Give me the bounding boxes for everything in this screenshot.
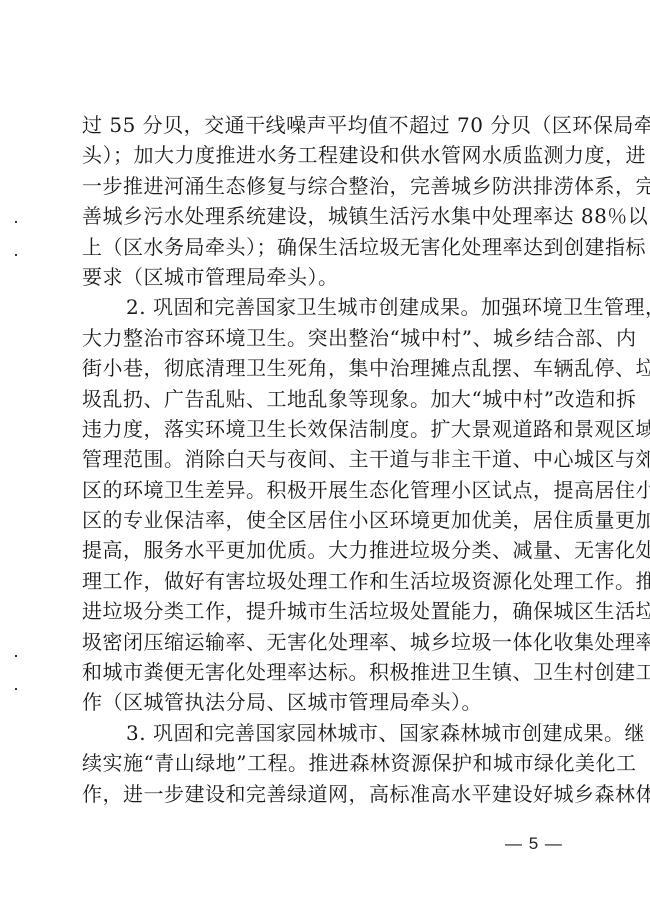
text-line: 街小巷，彻底清理卫生死角，集中治理摊点乱摆、车辆乱停、垃 [82, 353, 566, 383]
document-page: 过 55 分贝，交通干线噪声平均值不超过 70 分贝（区环保局牵头）；加大力度推… [0, 0, 650, 920]
text-line: 作，进一步建设和完善绿道网，高标准高水平建设好城乡森林体 [82, 779, 566, 809]
binding-mark [15, 655, 17, 657]
text-line: 3. 巩固和完善国家园林城市、国家森林城市创建成果。继 [82, 718, 566, 748]
text-line: 要求（区城市管理局牵头）。 [82, 262, 566, 292]
text-line: 和城市粪便无害化处理率达标。积极推进卫生镇、卫生村创建工 [82, 657, 566, 687]
page-number: — 5 — [505, 834, 563, 854]
text-line: 提高，服务水平更加优质。大力推进垃圾分类、减量、无害化处 [82, 535, 566, 565]
text-line: 管理范围。消除白天与夜间、主干道与非主干道、中心城区与郊 [82, 444, 566, 474]
text-line: 圾乱扔、广告乱贴、工地乱象等现象。加大“城中村”改造和拆 [82, 384, 566, 414]
text-line: 区的环境卫生差异。积极开展生态化管理小区试点，提高居住小 [82, 475, 566, 505]
binding-mark [15, 254, 17, 256]
text-line: 区的专业保洁率，使全区居住小区环境更加优美，居住质量更加 [82, 505, 566, 535]
binding-mark [15, 688, 17, 690]
binding-mark [15, 221, 17, 223]
text-line: 作（区城管执法分局、区城市管理局牵头）。 [82, 687, 566, 717]
text-line: 续实施“青山绿地”工程。推进森林资源保护和城市绿化美化工 [82, 748, 566, 778]
text-line: 理工作，做好有害垃圾处理工作和生活垃圾资源化处理工作。推 [82, 566, 566, 596]
body-text: 过 55 分贝，交通干线噪声平均值不超过 70 分贝（区环保局牵头）；加大力度推… [82, 110, 566, 809]
text-line: 头）；加大力度推进水务工程建设和供水管网水质监测力度，进 [82, 140, 566, 170]
text-line: 违力度，落实环境卫生长效保洁制度。扩大景观道路和景观区域 [82, 414, 566, 444]
text-line: 圾密闭压缩运输率、无害化处理率、城乡垃圾一体化收集处理率 [82, 627, 566, 657]
text-line: 善城乡污水处理系统建设，城镇生活污水集中处理率达 88％以 [82, 201, 566, 231]
text-line: 过 55 分贝，交通干线噪声平均值不超过 70 分贝（区环保局牵 [82, 110, 566, 140]
text-line: 大力整治市容环境卫生。突出整治“城中村”、城乡结合部、内 [82, 323, 566, 353]
text-line: 进垃圾分类工作，提升城市生活垃圾处置能力，确保城区生活垃 [82, 596, 566, 626]
text-line: 一步推进河涌生态修复与综合整治，完善城乡防洪排涝体系，完 [82, 171, 566, 201]
text-line: 2. 巩固和完善国家卫生城市创建成果。加强环境卫生管理， [82, 292, 566, 322]
text-line: 上（区水务局牵头）；确保生活垃圾无害化处理率达到创建指标 [82, 232, 566, 262]
